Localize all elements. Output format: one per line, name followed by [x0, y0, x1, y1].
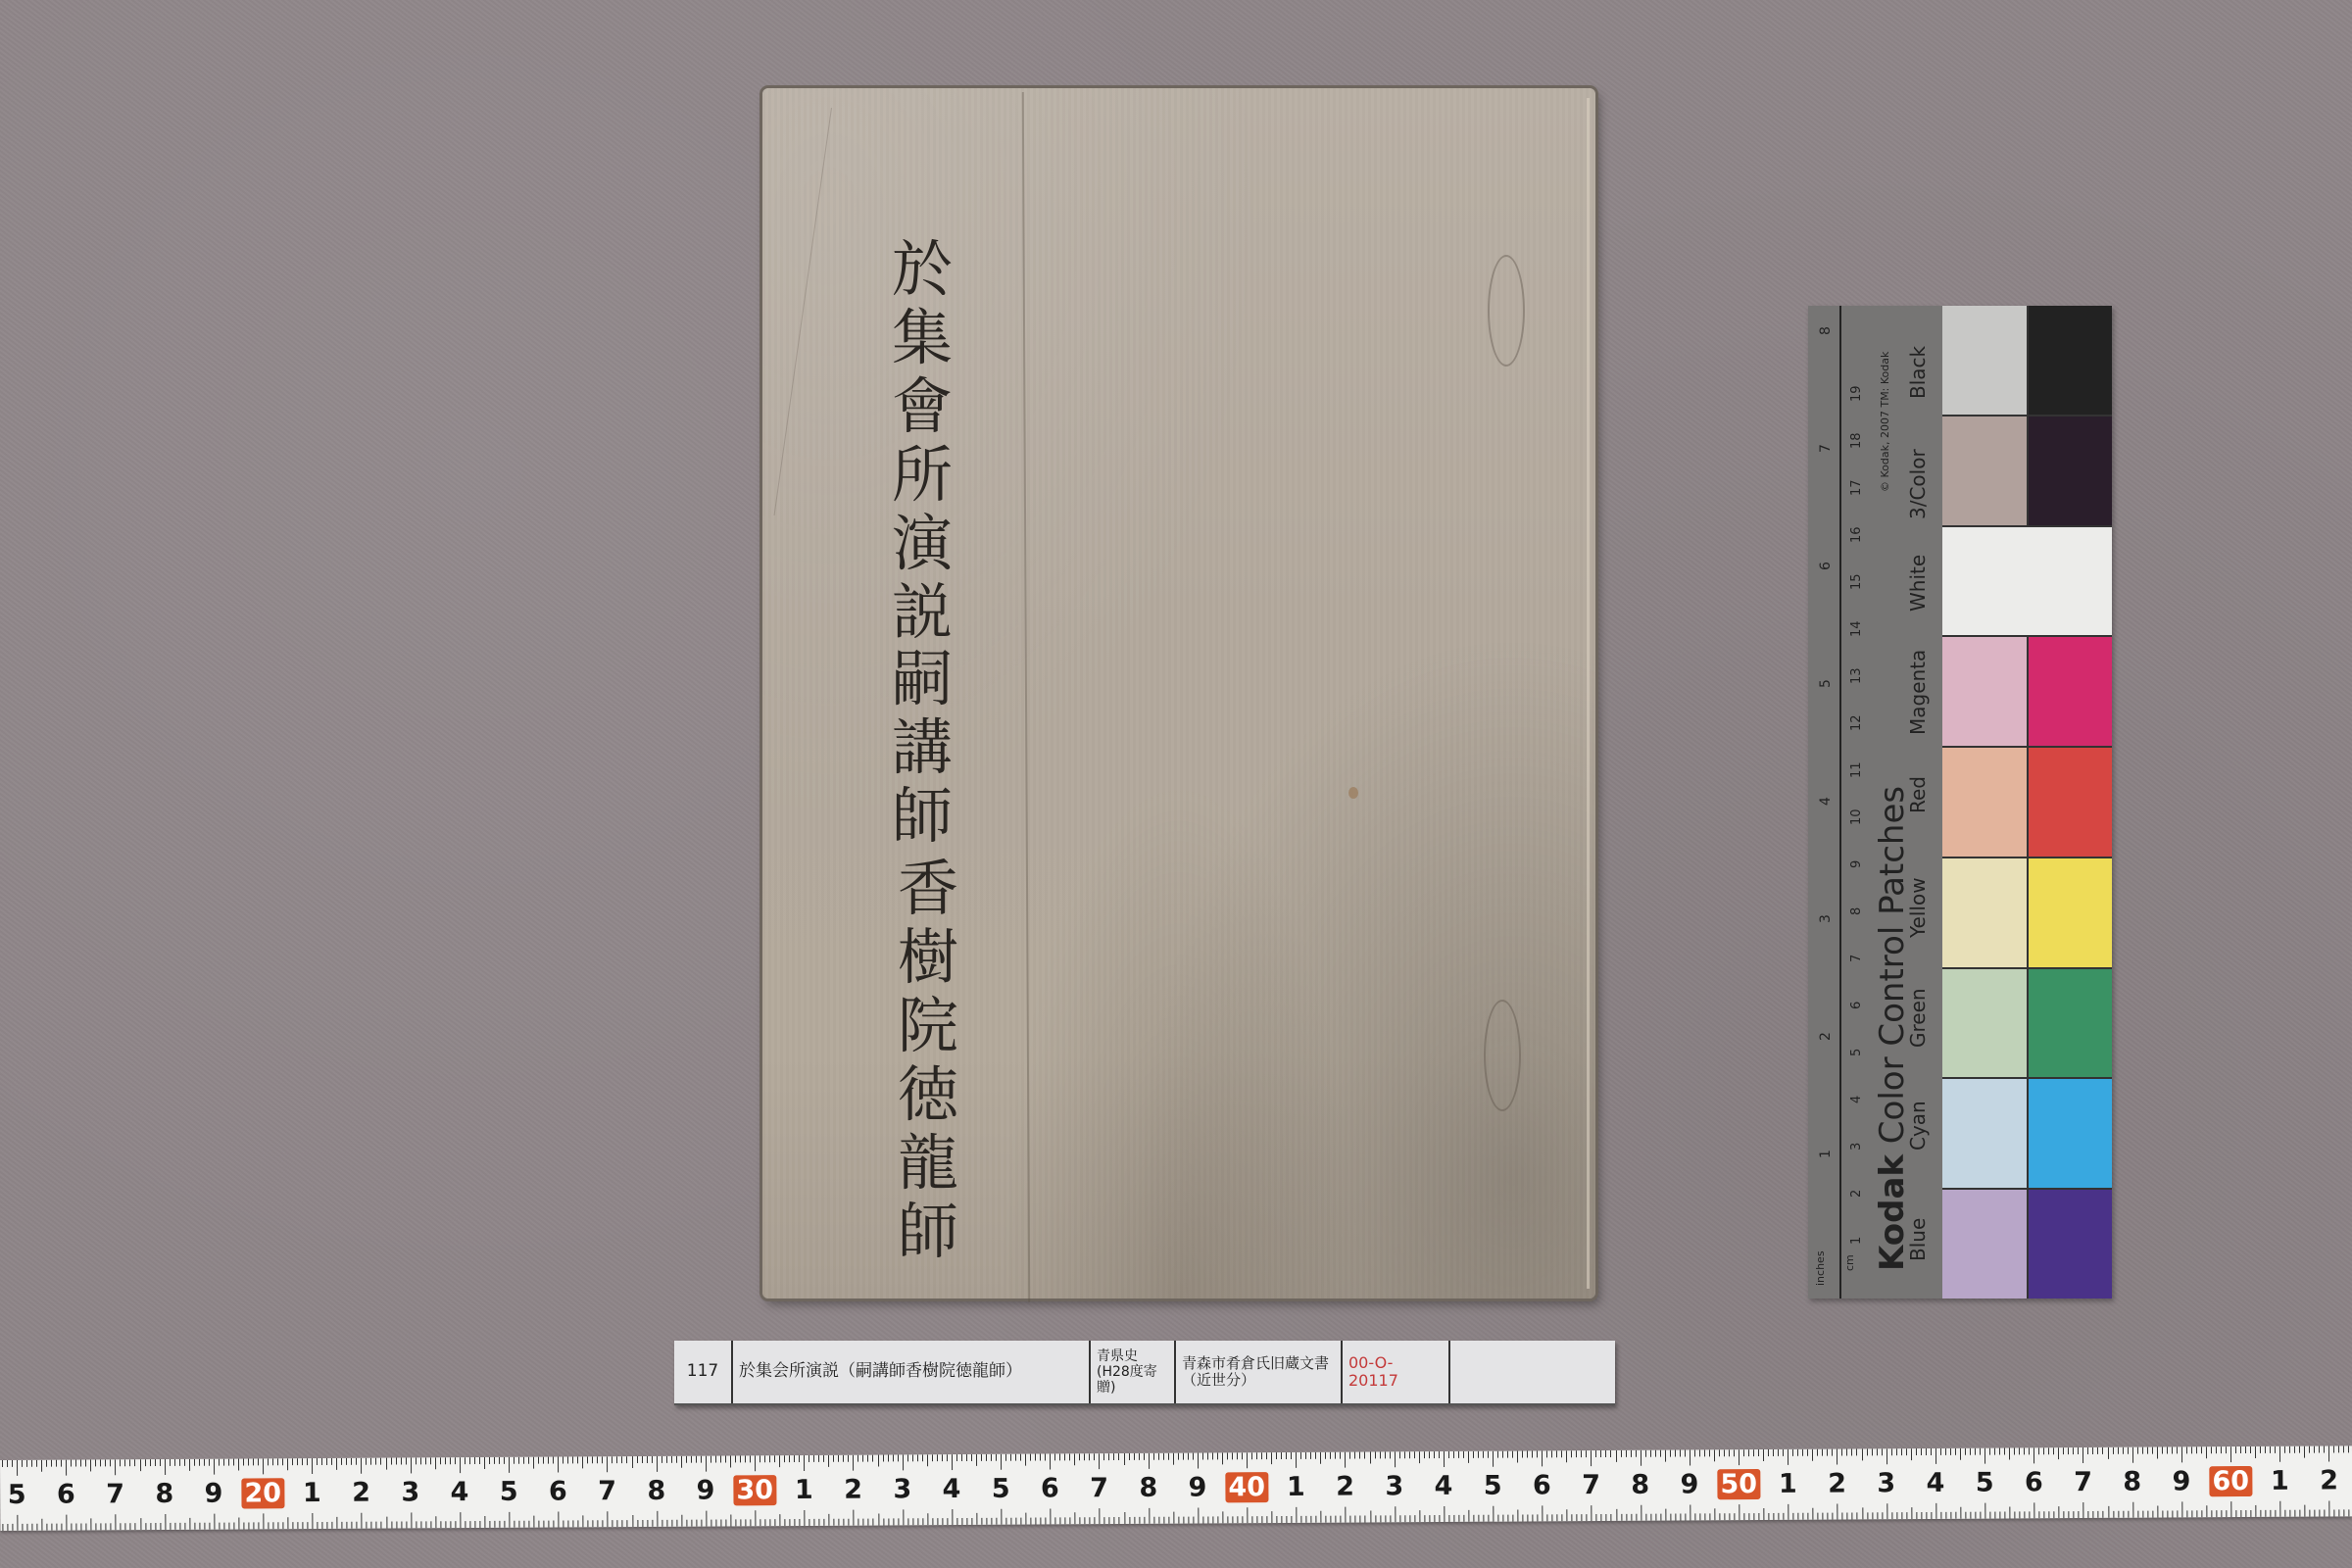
tape-tick — [406, 1457, 407, 1464]
tape-tick — [465, 1457, 465, 1464]
tape-tick — [1704, 1449, 1705, 1456]
tape-tick — [22, 1460, 23, 1467]
tape-tick — [263, 1513, 264, 1529]
tape-tick — [1178, 1453, 1179, 1460]
tape-tick — [2211, 1446, 2212, 1453]
tape-tick — [90, 1459, 91, 1471]
tape-tick — [134, 1459, 135, 1466]
tape-tick — [676, 1456, 677, 1463]
title-char: 集 — [892, 308, 953, 368]
tape-tick — [341, 1458, 342, 1465]
tape-tick — [883, 1518, 884, 1525]
tape-tick — [199, 1523, 200, 1530]
tape-tick — [1901, 1448, 1902, 1455]
cm-mark: 8 — [1849, 907, 1864, 915]
tape-tick — [455, 1457, 456, 1464]
tape-tick — [774, 1455, 775, 1462]
tape-tick — [2221, 1510, 2222, 1517]
tape-tick — [2038, 1447, 2039, 1454]
tape-tick — [1188, 1453, 1189, 1460]
patch-black — [2029, 306, 2113, 415]
tape-tick — [647, 1456, 648, 1463]
tape-tick — [804, 1455, 805, 1471]
tape-tick — [2087, 1447, 2088, 1454]
tape-tick — [57, 1524, 58, 1531]
tape-tick — [1453, 1451, 1454, 1458]
tape-tick — [184, 1523, 185, 1530]
tape-tick — [632, 1515, 633, 1527]
tape-tick — [2265, 1510, 2266, 1517]
tape-tick — [1261, 1452, 1262, 1459]
tape-tick — [2107, 1447, 2108, 1459]
tape-tick — [445, 1521, 446, 1528]
tape-tick — [12, 1524, 13, 1531]
tape-tick — [46, 1460, 47, 1467]
tape-tick — [268, 1458, 269, 1465]
tape-tick — [479, 1457, 480, 1464]
tape-tick — [61, 1460, 62, 1467]
tape-tick — [2226, 1446, 2227, 1453]
tape-tick — [81, 1523, 82, 1530]
tape-number: 1 — [1779, 1469, 1797, 1499]
tape-number: 5 — [992, 1474, 1010, 1504]
tape-tick — [1872, 1512, 1873, 1519]
tape-tick — [1670, 1450, 1671, 1457]
tape-tick — [1970, 1512, 1971, 1519]
tape-tick — [2334, 1509, 2335, 1516]
tape-tick — [2196, 1446, 2197, 1453]
tape-tick — [2083, 1502, 2084, 1518]
tape-tick — [691, 1520, 692, 1527]
tape-tick — [1989, 1512, 1990, 1519]
tape-tick — [1851, 1448, 1852, 1455]
tape-tick — [1468, 1451, 1469, 1463]
tape-tick — [1478, 1515, 1479, 1522]
tape-tick — [745, 1455, 746, 1462]
tape-tick — [1538, 1514, 1539, 1521]
tape-tick — [2029, 1447, 2030, 1454]
tape-tick — [1615, 1450, 1616, 1462]
tape-number: 4 — [1434, 1471, 1452, 1501]
tape-tick — [1448, 1515, 1449, 1522]
tape-tick — [1020, 1454, 1021, 1461]
tape-tick — [86, 1523, 87, 1530]
tape-tick — [818, 1455, 819, 1462]
tape-tick — [1256, 1452, 1257, 1459]
tape-tick — [1748, 1513, 1749, 1520]
tape-tick — [1040, 1454, 1041, 1461]
tape-tick — [1345, 1452, 1346, 1468]
tape-tick — [1266, 1452, 1267, 1459]
tape-tick — [1242, 1452, 1243, 1459]
tape-tick — [1005, 1454, 1006, 1461]
tape-tick — [1414, 1515, 1415, 1522]
tape-tick — [2260, 1510, 2261, 1517]
tape-tick — [666, 1456, 667, 1463]
tape-tick — [1970, 1448, 1971, 1455]
tape-tick — [2172, 1510, 2173, 1517]
tape-tick — [917, 1454, 918, 1461]
tape-tick — [2260, 1446, 2261, 1453]
tape-tick — [2315, 1510, 2316, 1517]
tape-tick — [2117, 1447, 2118, 1454]
tape-tick — [31, 1460, 32, 1467]
tape-tick — [2290, 1510, 2291, 1517]
tape-tick — [1921, 1448, 1922, 1455]
tape-tick — [1320, 1452, 1321, 1464]
tape-tick — [554, 1521, 555, 1528]
tape-tick — [514, 1521, 514, 1528]
tape-tick — [2235, 1446, 2236, 1453]
tape-tick — [971, 1518, 972, 1525]
tape-tick — [2033, 1447, 2034, 1463]
tape-tick — [440, 1457, 441, 1464]
tape-tick — [1458, 1515, 1459, 1522]
handwritten-title-main: 於 集 會 所 演 説 — [892, 235, 953, 647]
tape-tick — [1552, 1514, 1553, 1521]
tape-tick — [174, 1459, 175, 1466]
tape-tick — [1999, 1448, 2000, 1455]
tape-decade-label: 20 — [241, 1478, 284, 1508]
tape-tick — [1364, 1451, 1365, 1458]
tape-tick — [1773, 1513, 1774, 1520]
tape-tick — [1114, 1517, 1115, 1524]
tape-tick — [322, 1522, 323, 1529]
tape-tick — [121, 1523, 122, 1530]
tape-tick — [499, 1521, 500, 1528]
tape-tick — [1193, 1517, 1194, 1524]
tape-tick — [2152, 1511, 2153, 1518]
tape-tick — [1395, 1451, 1396, 1467]
tape-tick — [523, 1457, 524, 1464]
tape-tick — [484, 1516, 485, 1528]
tape-number: 5 — [1976, 1468, 1994, 1498]
title-char: 徳 — [898, 1064, 958, 1125]
tape-tick — [740, 1455, 741, 1462]
tape-tick — [1330, 1452, 1331, 1459]
tape-tick — [784, 1519, 785, 1526]
tape-tick — [1286, 1452, 1287, 1459]
tape-tick — [2074, 1511, 2075, 1518]
tape-tick — [1527, 1514, 1528, 1521]
tape-tick — [411, 1512, 412, 1528]
tape-tick — [1837, 1504, 1838, 1520]
tape-tick — [430, 1457, 431, 1464]
title-char: 所 — [892, 445, 953, 506]
tape-tick — [857, 1455, 858, 1462]
tape-tick — [1030, 1454, 1031, 1461]
tape-tick — [1828, 1513, 1829, 1520]
tape-tick — [357, 1522, 358, 1529]
tape-tick — [1926, 1448, 1927, 1455]
tape-tick — [165, 1459, 166, 1475]
tape-tick — [573, 1520, 574, 1527]
tape-tick — [1940, 1512, 1941, 1519]
tape-tick — [2285, 1510, 2286, 1517]
tape-tick — [922, 1518, 923, 1525]
patch-label-white: White — [1906, 555, 1930, 612]
tape-tick — [1341, 1516, 1342, 1523]
tape-tick — [706, 1456, 707, 1472]
tape-tick — [893, 1454, 894, 1461]
label-notes — [1450, 1341, 1615, 1403]
tape-tick — [1965, 1448, 1966, 1455]
tape-tick — [2097, 1447, 2098, 1454]
tape-tick — [361, 1458, 362, 1474]
tape-tick — [1768, 1449, 1769, 1456]
tape-tick — [1326, 1516, 1327, 1523]
tape-tick — [66, 1460, 67, 1476]
tape-tick — [204, 1523, 205, 1530]
tape-number: 1 — [303, 1478, 321, 1508]
tape-tick — [598, 1520, 599, 1527]
tape-tick — [1645, 1450, 1646, 1457]
tape-tick — [1685, 1513, 1686, 1520]
tape-tick — [1035, 1454, 1036, 1461]
tape-tick — [1763, 1508, 1764, 1520]
tape-tick — [504, 1457, 505, 1464]
tape-tick — [1139, 1517, 1140, 1524]
title-char: 講 — [892, 717, 953, 778]
tape-tick — [1227, 1452, 1228, 1459]
tape-tick — [1582, 1514, 1583, 1521]
tape-tick — [1862, 1507, 1863, 1519]
tape-tick — [1010, 1518, 1011, 1525]
tape-tick — [1439, 1451, 1440, 1458]
tape-tick — [1724, 1449, 1725, 1456]
tape-tick — [583, 1515, 584, 1527]
tape-tick — [2177, 1510, 2178, 1517]
tape-tick — [553, 1457, 554, 1464]
tape-tick — [1729, 1449, 1730, 1456]
tape-tick — [1931, 1448, 1932, 1455]
tape-tick — [1015, 1454, 1016, 1461]
tape-tick — [1198, 1453, 1199, 1469]
tape-tick — [1999, 1512, 2000, 1519]
tape-tick — [509, 1457, 510, 1473]
tape-tick — [287, 1517, 288, 1529]
tape-tick — [2328, 1445, 2329, 1461]
tape-tick — [1488, 1451, 1489, 1458]
tape-tick — [1547, 1514, 1548, 1521]
tape-number: 8 — [2123, 1467, 2141, 1497]
tape-tick — [1906, 1512, 1907, 1519]
tape-tick — [1247, 1507, 1248, 1523]
tape-tick — [85, 1459, 86, 1466]
kodak-color-control-strip: inches cm 1 2 3 4 5 6 7 8 1 2 3 4 5 6 7 … — [1808, 306, 2112, 1298]
tape-tick — [1276, 1516, 1277, 1523]
tape-tick — [898, 1518, 899, 1525]
fold-line — [1022, 92, 1030, 1302]
title-char: 於 — [892, 239, 953, 300]
tape-tick — [1281, 1516, 1282, 1523]
title-char: 嗣 — [892, 649, 953, 710]
tape-tick — [219, 1459, 220, 1466]
tape-tick — [1385, 1515, 1386, 1522]
tape-tick — [764, 1455, 765, 1462]
tape-tick — [1734, 1449, 1735, 1456]
tape-tick — [1743, 1513, 1744, 1520]
tape-tick — [1655, 1514, 1656, 1521]
tape-tick — [233, 1523, 234, 1530]
tape-tick — [258, 1458, 259, 1465]
tape-tick — [1237, 1516, 1238, 1523]
tape-tick — [1370, 1510, 1371, 1522]
tape-tick — [1542, 1450, 1543, 1466]
tape-tick — [494, 1521, 495, 1528]
tape-tick — [366, 1458, 367, 1465]
tape-tick — [528, 1457, 529, 1464]
tape-tick — [362, 1513, 363, 1529]
tape-tick — [7, 1460, 8, 1467]
tape-tick — [1202, 1516, 1203, 1523]
tape-tick — [1207, 1452, 1208, 1459]
tape-number: 1 — [1287, 1472, 1305, 1502]
tape-tick — [1380, 1515, 1381, 1522]
tape-tick — [838, 1455, 839, 1462]
tape-tick — [1488, 1515, 1489, 1522]
archival-document: 於 集 會 所 演 説 嗣 講 師 香 樹 院 徳 龍 師 — [762, 88, 1595, 1298]
tape-tick — [2043, 1447, 2044, 1454]
tape-tick — [563, 1520, 564, 1527]
tape-number: 8 — [1631, 1470, 1649, 1500]
tape-tick — [789, 1455, 790, 1462]
tape-tick — [1822, 1449, 1823, 1456]
tape-tick — [1714, 1508, 1715, 1520]
tape-tick — [1852, 1512, 1853, 1519]
tape-tick — [2123, 1511, 2124, 1518]
tape-tick — [1207, 1516, 1208, 1523]
tape-tick — [1788, 1449, 1788, 1465]
tape-tick — [1867, 1512, 1868, 1519]
tape-tick — [824, 1519, 825, 1526]
tape-tick — [327, 1522, 328, 1529]
tape-tick — [1399, 1515, 1400, 1522]
tape-tick — [1296, 1452, 1297, 1468]
tape-number: 8 — [647, 1476, 665, 1506]
tape-tick — [56, 1460, 57, 1467]
tape-tick — [95, 1459, 96, 1466]
tape-tick — [843, 1455, 844, 1462]
tape-tick — [2191, 1446, 2192, 1453]
tape-tick — [1429, 1515, 1430, 1522]
tape-tick — [1566, 1450, 1567, 1462]
tape-tick — [853, 1455, 854, 1471]
tape-tick — [308, 1522, 309, 1529]
patch-label-green: Green — [1906, 988, 1930, 1048]
tape-tick — [2294, 1446, 2295, 1453]
tape-tick — [2329, 1500, 2330, 1516]
tape-tick — [1680, 1450, 1681, 1457]
tape-tick — [1222, 1511, 1223, 1523]
tape-tick — [2142, 1447, 2143, 1454]
patch-green — [2029, 969, 2113, 1078]
patch-label-yellow: Yellow — [1906, 877, 1930, 938]
tape-tick — [612, 1520, 613, 1527]
tape-tick — [352, 1522, 353, 1529]
tape-tick — [331, 1458, 332, 1465]
tape-tick — [253, 1522, 254, 1529]
tape-tick — [2112, 1447, 2113, 1454]
tape-tick — [1636, 1450, 1637, 1457]
tape-tick — [26, 1524, 27, 1531]
tape-tick — [1340, 1452, 1341, 1459]
tape-tick — [2275, 1446, 2276, 1453]
tape-tick — [1621, 1514, 1622, 1521]
tape-tick — [1266, 1516, 1267, 1523]
tape-tick — [111, 1523, 112, 1530]
tape-tick — [293, 1522, 294, 1529]
tape-tick — [494, 1457, 495, 1464]
tape-tick — [1631, 1514, 1632, 1521]
tape-tick — [1877, 1512, 1878, 1519]
tape-tick — [129, 1459, 130, 1466]
tape-tick — [1311, 1516, 1312, 1523]
tape-tick — [1453, 1515, 1454, 1522]
tape-tick — [1419, 1510, 1420, 1522]
tape-tick — [385, 1458, 386, 1470]
tape-tick — [834, 1519, 835, 1526]
tape-tick — [927, 1454, 928, 1466]
tape-tick — [1620, 1450, 1621, 1457]
tape-tick — [71, 1460, 72, 1467]
tape-tick — [2196, 1510, 2197, 1517]
tape-tick — [2033, 1502, 2034, 1518]
tape-tick — [563, 1456, 563, 1463]
tape-tick — [238, 1518, 239, 1530]
tape-tick — [681, 1515, 682, 1527]
tape-tick — [981, 1454, 982, 1461]
tape-tick — [411, 1457, 412, 1473]
cm-mark: 6 — [1849, 1002, 1864, 1009]
cm-mark: 17 — [1849, 479, 1864, 496]
tape-tick — [268, 1522, 269, 1529]
tape-tick — [1763, 1449, 1764, 1461]
tape-tick — [2230, 1501, 2231, 1517]
tape-tick — [380, 1458, 381, 1465]
tape-tick — [326, 1458, 327, 1465]
tape-tick — [1911, 1507, 1912, 1519]
tape-number: 9 — [697, 1476, 715, 1506]
tape-tick — [2172, 1446, 2173, 1453]
tape-tick — [2044, 1511, 2045, 1518]
tape-tick — [243, 1458, 244, 1465]
tape-tick — [907, 1518, 908, 1525]
tape-tick — [2349, 1509, 2350, 1516]
tape-tick — [1886, 1503, 1887, 1519]
tape-tick — [1336, 1516, 1337, 1523]
tape-tick — [1439, 1515, 1440, 1522]
tape-tick — [1404, 1451, 1405, 1458]
tape-tick — [1493, 1506, 1494, 1522]
tape-tick — [401, 1521, 402, 1528]
tape-tick — [1685, 1449, 1686, 1456]
tape-tick — [1577, 1514, 1578, 1521]
patch-3color-light — [1942, 416, 2029, 525]
label-number: 117 — [674, 1341, 733, 1403]
tape-tick — [888, 1454, 889, 1461]
tape-tick — [799, 1455, 800, 1462]
tape-tick — [686, 1520, 687, 1527]
title-char: 會 — [892, 376, 953, 437]
tape-number: 4 — [943, 1474, 961, 1504]
tape-tick — [1945, 1448, 1946, 1455]
tape-tick — [1359, 1452, 1360, 1459]
tape-tick — [1636, 1514, 1637, 1521]
tape-tick — [1783, 1449, 1784, 1456]
cm-mark: 14 — [1849, 620, 1864, 637]
tape-tick — [868, 1519, 869, 1526]
